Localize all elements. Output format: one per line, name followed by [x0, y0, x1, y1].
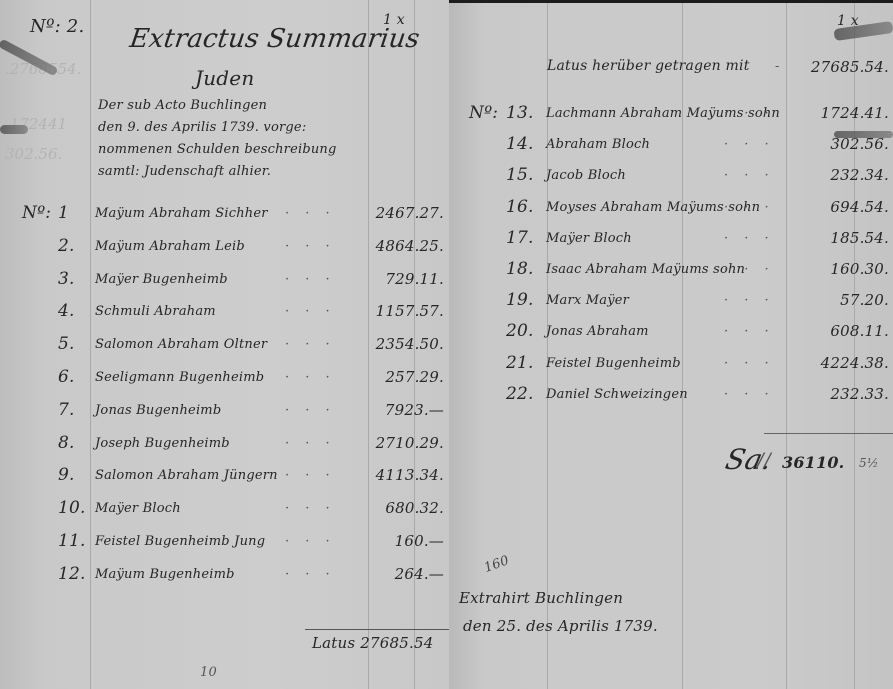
entry-amount: 57.20. [785, 291, 889, 309]
leader-dots: · · · [285, 534, 336, 549]
leader-dots: · · · [285, 370, 336, 385]
leader-dots: · · · [285, 501, 336, 516]
entry-amount: 2710.29. [342, 434, 444, 452]
entry-amount: 608.11. [785, 322, 889, 340]
latus-total: Latus 27685.54 [312, 634, 433, 652]
ledger-row: 17.Maÿer Bloch· · ·185.54. [449, 228, 893, 256]
ledger-row: 12.Maÿum Bugenheimb· · ·264.— [0, 564, 449, 592]
entry-name: Maÿum Bugenheimb [95, 567, 235, 582]
sum-fraction: 5½ [859, 456, 879, 470]
entry-name: Jonas Abraham [546, 324, 649, 339]
intro-line: nommenen Schulden beschreibung [98, 139, 337, 161]
entry-number: 8. [58, 433, 75, 453]
intro-line: Der sub Acto Buchlingen [98, 95, 267, 117]
ledger-row: Nº:13.Lachmann Abraham Maÿums sohn· · ·1… [449, 103, 893, 131]
entry-amount: 160.30. [785, 260, 889, 278]
entry-number: 10. [58, 498, 86, 518]
entry-amount: 4113.34. [342, 466, 444, 484]
ledger-row: 16.Moyses Abraham Maÿums sohn· · ·694.54… [449, 197, 893, 225]
ledger-row: 20.Jonas Abraham· · ·608.11. [449, 321, 893, 349]
leader-dots: - [775, 59, 780, 74]
entry-amount: 232.34. [785, 166, 889, 184]
entry-amount: 1157.57. [342, 302, 444, 320]
entry-number: 21. [506, 353, 534, 373]
leader-dots: · · · [724, 168, 775, 183]
entry-number: 6. [58, 367, 75, 387]
closing-line: Extrahirt Buchlingen [459, 589, 623, 607]
binding-string [0, 125, 28, 134]
entry-name: Joseph Bugenheimb [95, 436, 230, 451]
ledger-row: 5.Salomon Abraham Oltner· · ·2354.50. [0, 334, 449, 362]
sum-underline [764, 433, 893, 434]
ledger-row: 22.Daniel Schweizingen· · ·232.33. [449, 384, 893, 412]
entry-amount: 2354.50. [342, 335, 444, 353]
carried-forward-label: Latus herüber getragen mit [547, 58, 750, 74]
ledger-row: 2.Maÿum Abraham Leib· · ·4864.25. [0, 236, 449, 264]
entry-amount: 185.54. [785, 229, 889, 247]
carried-forward-amount: 27685.54. [789, 58, 889, 76]
entry-amount: 264.— [342, 565, 444, 583]
folio-number: Nº: 2. [30, 16, 84, 37]
leader-dots: · · · [724, 387, 775, 402]
leader-dots: · · · [724, 293, 775, 308]
entry-name: Jacob Bloch [546, 168, 626, 183]
entry-number: 13. [506, 103, 534, 123]
entry-number: 15. [506, 165, 534, 185]
leader-dots: · · · [724, 200, 775, 215]
closing-line: den 25. des Aprilis 1739. [463, 617, 658, 635]
ledger-row: 6.Seeligmann Bugenheimb· · ·257.29. [0, 367, 449, 395]
page-mark: 10 [200, 665, 217, 680]
entry-amount: 729.11. [342, 270, 444, 288]
entry-amount: 680.32. [342, 499, 444, 517]
leader-dots: · · · [285, 304, 336, 319]
entry-number: 20. [506, 321, 534, 341]
entry-name: Marx Maÿer [546, 293, 629, 308]
entry-name: Salomon Abraham Oltner [95, 337, 267, 352]
leader-dots: · · · [724, 356, 775, 371]
ledger-row: 9.Salomon Abraham Jüngern· · ·4113.34. [0, 465, 449, 493]
entry-name: Maÿer Bloch [95, 501, 181, 516]
corner-mark: 1 x [837, 13, 859, 29]
leader-dots: · · · [285, 403, 336, 418]
entry-amount: 2467.27. [342, 204, 444, 222]
ledger-row: 15.Jacob Bloch· · ·232.34. [449, 165, 893, 193]
intro-line: den 9. des Aprilis 1739. vorge: [98, 117, 306, 139]
leader-dots: · · · [285, 436, 336, 451]
entry-number: 12. [58, 564, 86, 584]
entry-number: 11. [58, 531, 86, 551]
entry-name: Maÿer Bloch [546, 231, 632, 246]
entry-name: Maÿum Abraham Leib [95, 239, 245, 254]
ledger-row: 14.Abraham Bloch· · ·302.56. [449, 134, 893, 162]
sum-total: 36110. [782, 453, 844, 472]
leader-dots: · · · [285, 468, 336, 483]
ledger-row: 8.Joseph Bugenheimb· · ·2710.29. [0, 433, 449, 461]
entry-number: 18. [506, 259, 534, 279]
sum-strike-mark: // [757, 448, 771, 472]
leader-dots: · · · [724, 324, 775, 339]
leader-dots: · · · [285, 567, 336, 582]
leader-dots: · · · [285, 272, 336, 287]
entry-number: 4. [58, 301, 75, 321]
entry-amount: 1724.41. [785, 104, 889, 122]
latus-amount: 27685.54 [360, 634, 433, 652]
ledger-row: Nº:1Maÿum Abraham Sichher· · ·2467.27. [0, 203, 449, 231]
entry-number: 22. [506, 384, 534, 404]
leader-dots: · · · [285, 206, 336, 221]
entry-name: Salomon Abraham Jüngern [95, 468, 278, 483]
leader-dots: · · · [724, 106, 775, 121]
entry-name: Abraham Bloch [546, 137, 650, 152]
entry-name: Maÿer Bugenheimb [95, 272, 228, 287]
leader-dots: · · · [724, 231, 775, 246]
document-title: Extractus Summarius [128, 24, 422, 54]
ledger-row: 18.Isaac Abraham Maÿums sohn· · ·160.30. [449, 259, 893, 287]
entry-amount: 257.29. [342, 368, 444, 386]
document-subtitle: Juden [195, 66, 254, 90]
ledger-row: 10.Maÿer Bloch· · ·680.32. [0, 498, 449, 526]
entry-amount: 7923.— [342, 401, 444, 419]
entry-number: 3. [58, 269, 75, 289]
entry-number: 2. [58, 236, 75, 256]
ledger-row: 4.Schmuli Abraham· · ·1157.57. [0, 301, 449, 329]
right-page: 1 x Latus herüber getragen mit - 27685.5… [449, 3, 893, 689]
bleed-through-text: 302.56. [5, 145, 62, 163]
entry-number: 7. [58, 400, 75, 420]
entry-prefix: Nº: [22, 203, 51, 223]
left-page: .2768554. .172441 302.56. Nº: 2. 1 x Ext… [0, 0, 449, 689]
entry-number: 14. [506, 134, 534, 154]
ledger-row: 11.Feistel Bugenheimb Jung· · ·160.— [0, 531, 449, 559]
entry-amount: 4224.38. [785, 354, 889, 372]
entry-amount: 232.33. [785, 385, 889, 403]
entry-name: Daniel Schweizingen [546, 387, 688, 402]
entry-amount: 4864.25. [342, 237, 444, 255]
ledger-row: 21.Feistel Bugenheimb· · ·4224.38. [449, 353, 893, 381]
leader-dots: · · · [285, 337, 336, 352]
entry-amount: 302.56. [785, 135, 889, 153]
entry-name: Feistel Bugenheimb [546, 356, 681, 371]
intro-line: samtl: Judenschaft alhier. [98, 161, 271, 183]
entry-name: Maÿum Abraham Sichher [95, 206, 268, 221]
entry-amount: 160.— [342, 532, 444, 550]
entry-number: 17. [506, 228, 534, 248]
entry-number: 19. [506, 290, 534, 310]
entry-prefix: Nº: [469, 103, 498, 123]
ledger-row: 7.Jonas Bugenheimb· · ·7923.— [0, 400, 449, 428]
entry-name: Jonas Bugenheimb [95, 403, 221, 418]
entry-name: Schmuli Abraham [95, 304, 216, 319]
latus-label: Latus [312, 634, 355, 652]
entry-number: 1 [58, 203, 69, 223]
leader-dots: · · · [724, 262, 775, 277]
ledger-row: 3.Maÿer Bugenheimb· · ·729.11. [0, 269, 449, 297]
entry-amount: 694.54. [785, 198, 889, 216]
entry-name: Isaac Abraham Maÿums sohn [546, 262, 745, 277]
entry-number: 9. [58, 465, 75, 485]
entry-name: Seeligmann Bugenheimb [95, 370, 264, 385]
ledger-row: 19.Marx Maÿer· · ·57.20. [449, 290, 893, 318]
margin-mark: 160 [482, 553, 511, 576]
leader-dots: · · · [285, 239, 336, 254]
total-underline [305, 629, 449, 630]
entry-name: Feistel Bugenheimb Jung [95, 534, 265, 549]
leader-dots: · · · [724, 137, 775, 152]
entry-number: 16. [506, 197, 534, 217]
entry-number: 5. [58, 334, 75, 354]
